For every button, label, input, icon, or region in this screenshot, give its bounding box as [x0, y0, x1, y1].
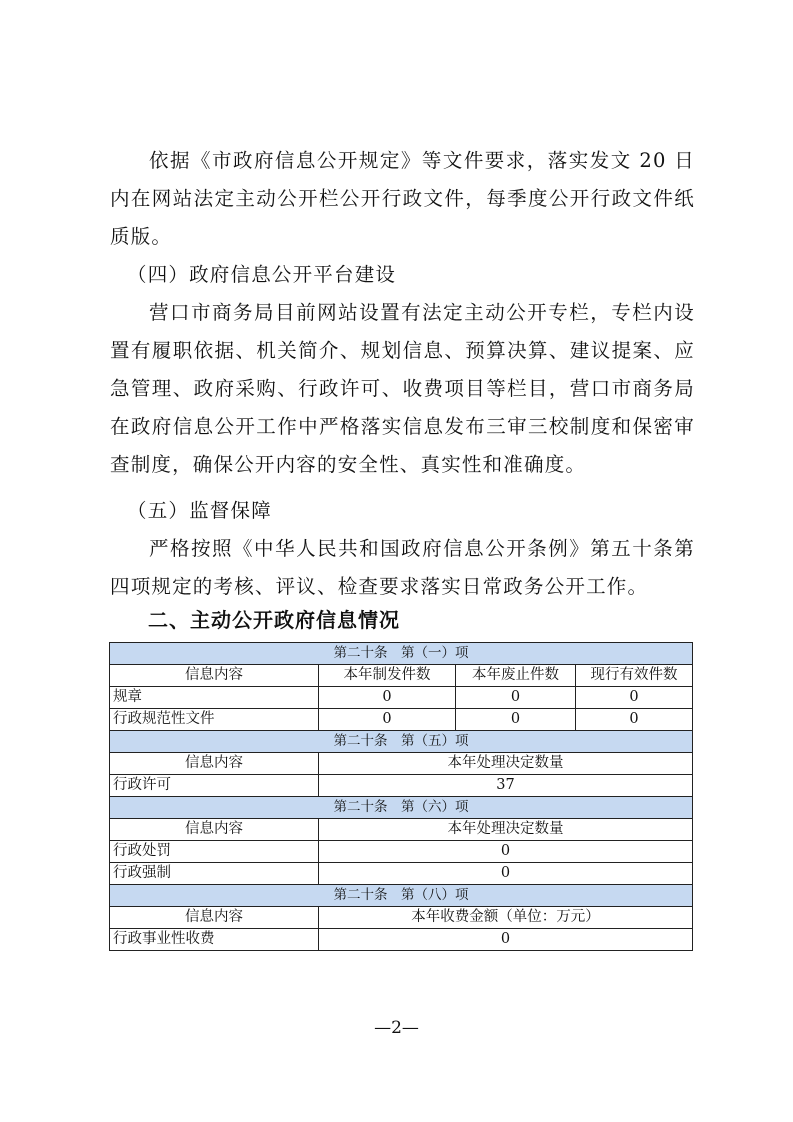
row-label: 行政处罚: [110, 841, 319, 863]
table-header-row: 信息内容 本年处理决定数量: [110, 819, 693, 841]
cell-value: 0: [319, 929, 693, 951]
cell-value: 0: [576, 709, 693, 731]
column-header: 现行有效件数: [576, 665, 693, 687]
column-header: 信息内容: [110, 665, 319, 687]
table-section-band: 第二十条 第（八）项: [110, 885, 693, 907]
table-header-row: 信息内容 本年处理决定数量: [110, 753, 693, 775]
section-title: 第二十条 第（六）项: [110, 797, 693, 819]
row-label: 规章: [110, 687, 319, 709]
column-header: 信息内容: [110, 819, 319, 841]
table-row: 行政许可 37: [110, 775, 693, 797]
cell-value: 0: [576, 687, 693, 709]
column-header: 信息内容: [110, 753, 319, 775]
cell-value: 0: [319, 863, 693, 885]
section-title: 第二十条 第（一）项: [110, 643, 693, 665]
cell-value: 0: [456, 709, 576, 731]
document-page: 依据《市政府信息公开规定》等文件要求，落实发文 20 日内在网站法定主动公开栏公…: [0, 0, 793, 1122]
table-section-band: 第二十条 第（一）项: [110, 643, 693, 665]
section-title: 第二十条 第（八）项: [110, 885, 693, 907]
paragraph-publication-rules: 依据《市政府信息公开规定》等文件要求，落实发文 20 日内在网站法定主动公开栏公…: [110, 142, 695, 256]
column-header: 信息内容: [110, 907, 319, 929]
column-header: 本年制发件数: [319, 665, 456, 687]
row-label: 行政许可: [110, 775, 319, 797]
table-row: 行政规范性文件 0 0 0: [110, 709, 693, 731]
section-title: 第二十条 第（五）项: [110, 731, 693, 753]
paragraph-supervision-description: 严格按照《中华人民共和国政府信息公开条例》第五十条第四项规定的考核、评议、检查要…: [110, 530, 695, 606]
column-header: 本年处理决定数量: [319, 819, 693, 841]
cell-value: 0: [319, 709, 456, 731]
cell-value: 0: [456, 687, 576, 709]
table-header-row: 信息内容 本年收费金额（单位：万元）: [110, 907, 693, 929]
section-heading-active-disclosure: 二、主动公开政府信息情况: [148, 602, 400, 638]
table-row: 行政处罚 0: [110, 841, 693, 863]
subheading-platform-construction: （四）政府信息公开平台建设: [127, 256, 396, 294]
table-row: 规章 0 0 0: [110, 687, 693, 709]
column-header: 本年处理决定数量: [319, 753, 693, 775]
row-label: 行政强制: [110, 863, 319, 885]
cell-value: 37: [319, 775, 693, 797]
subheading-supervision: （五）监督保障: [127, 492, 272, 530]
cell-value: 0: [319, 687, 456, 709]
row-label: 行政规范性文件: [110, 709, 319, 731]
cell-value: 0: [319, 841, 693, 863]
table-header-row: 信息内容 本年制发件数 本年废止件数 现行有效件数: [110, 665, 693, 687]
disclosure-table: 第二十条 第（一）项 信息内容 本年制发件数 本年废止件数 现行有效件数 规章 …: [109, 642, 693, 951]
column-header: 本年废止件数: [456, 665, 576, 687]
table-row: 行政事业性收费 0: [110, 929, 693, 951]
table-section-band: 第二十条 第（五）项: [110, 731, 693, 753]
table-row: 行政强制 0: [110, 863, 693, 885]
page-number: —2—: [0, 1018, 793, 1038]
paragraph-platform-description: 营口市商务局目前网站设置有法定主动公开专栏，专栏内设置有履职依据、机关简介、规划…: [110, 294, 695, 484]
row-label: 行政事业性收费: [110, 929, 319, 951]
table-section-band: 第二十条 第（六）项: [110, 797, 693, 819]
column-header: 本年收费金额（单位：万元）: [319, 907, 693, 929]
